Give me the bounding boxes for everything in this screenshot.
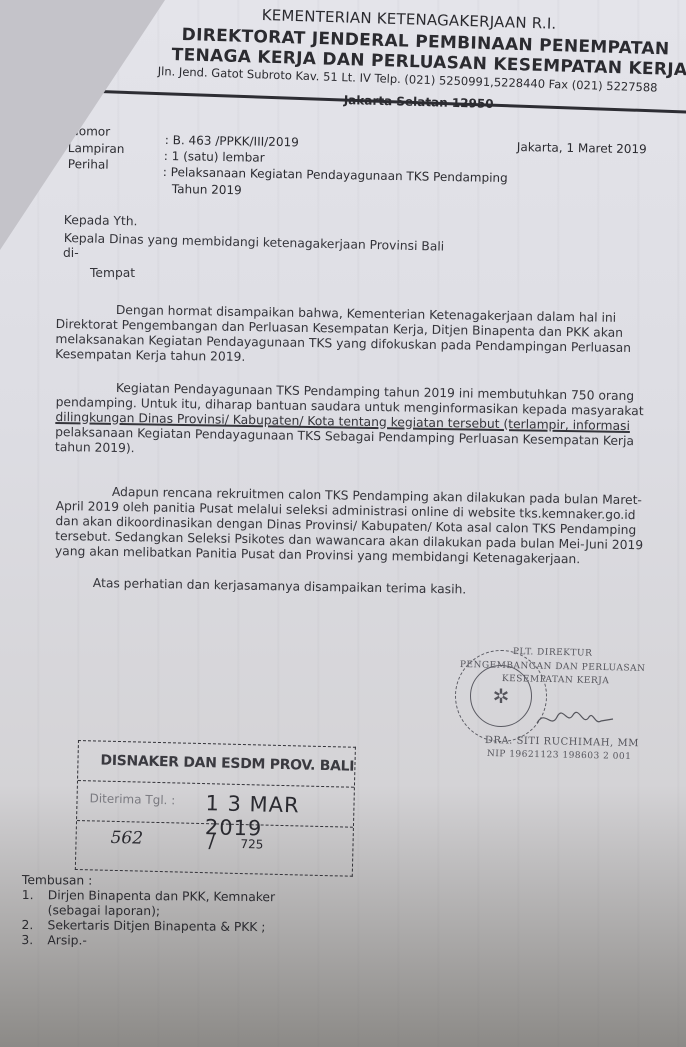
cc-item-text: Arsip.- — [47, 933, 87, 948]
receipt-stamp: DISNAKER DAN ESDM PROV. BALI Diterima Tg… — [75, 740, 356, 877]
cc-item-number: 2. — [21, 918, 47, 933]
carbon-copy-list: Tembusan : 1. Dirjen Binapenta dan PKK, … — [21, 873, 275, 950]
closing-sentence: Atas perhatian dan kerjasamanya disampai… — [93, 576, 467, 598]
signatory-nip: NIP 19621123 198603 2 001 — [487, 749, 632, 762]
place-and-date: Jakarta, 1 Maret 2019 — [517, 140, 647, 156]
cc-item-number: 3. — [21, 933, 47, 948]
recipient-di: di- — [63, 246, 79, 261]
stamp-code: 725 — [240, 837, 263, 852]
letterhead-city: Jakarta Selatan 12950 — [344, 93, 494, 111]
stamp-received-label: Diterima Tgl. : — [89, 791, 175, 807]
official-seal: ✲ — [455, 650, 547, 742]
recipient-place: Tempat — [90, 266, 135, 281]
lampiran-label: Lampiran — [68, 141, 125, 156]
cc-item-text: (sebagai laporan); — [48, 903, 161, 919]
stamp-agenda-number: 562 — [110, 828, 143, 849]
paragraph-3: Adapun rencana rekruitmen calon TKS Pend… — [55, 484, 656, 568]
handwritten-signature — [535, 705, 615, 731]
salutation: Kepada Yth. — [64, 213, 138, 229]
stamp-separator: / — [208, 828, 215, 852]
cc-item-number: 1. — [22, 888, 48, 903]
stamp-received-date: 1 3 MAR 2019 — [205, 791, 354, 843]
lampiran-value: : 1 (satu) lembar — [164, 149, 265, 165]
letter-page: KEMENTERIAN KETENAGAKERJAAN R.I. DIREKTO… — [0, 0, 686, 1047]
paragraph-1: Dengan hormat disampaikan bahwa, Kemente… — [55, 302, 656, 371]
nomor-value: : B. 463 /PPKK/III/2019 — [165, 133, 299, 149]
recipient-name: Kepala Dinas yang membidangi ketenagaker… — [64, 231, 445, 255]
seal-emblem-icon: ✲ — [470, 665, 532, 727]
perihal-label: Perihal — [68, 157, 109, 172]
signatory-name: DRA. SITI RUCHIMAH, MM — [485, 735, 639, 749]
perihal-value-line-2: Tahun 2019 — [172, 182, 242, 197]
cc-item: 3. Arsip.- — [21, 933, 274, 950]
paragraph-2: Kegiatan Pendayagunaan TKS Pendamping ta… — [55, 380, 656, 464]
